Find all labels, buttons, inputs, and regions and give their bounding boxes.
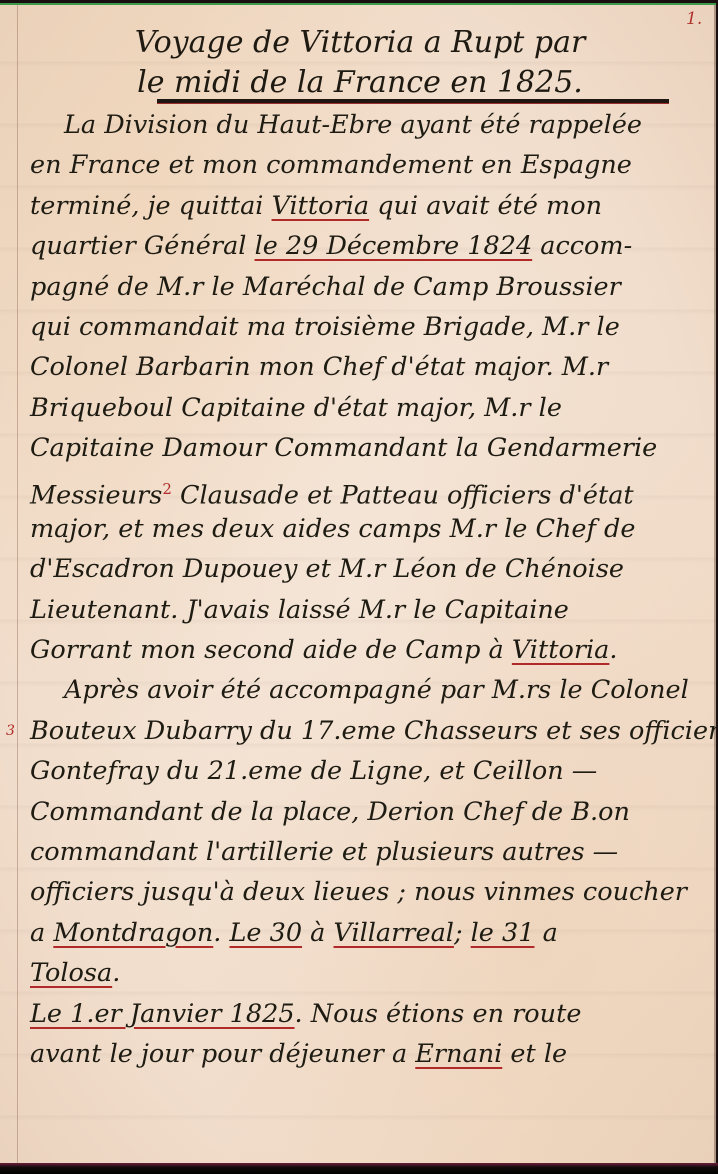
underlined-phrase: Villarreal [333, 918, 453, 948]
text-segment: ; [454, 918, 471, 948]
text-segment: et le [502, 1039, 567, 1069]
page-title: Voyage de Vittoria a Rupt par le midi de… [60, 23, 660, 103]
text-segment: Gorrant mon second aide de Camp à [30, 635, 512, 665]
manuscript-line: Gorrant mon second aide de Camp à Vittor… [30, 630, 712, 670]
text-segment: officiers jusqu'à deux lieues ; nous vin… [30, 877, 687, 907]
manuscript-line: Tolosa. [30, 953, 712, 993]
underlined-phrase: le 29 Décembre 1824 [255, 231, 533, 261]
text-segment: La Division du Haut-Ebre ayant été rappe… [64, 110, 642, 140]
underlined-phrase: Ernani [415, 1039, 502, 1069]
manuscript-line: Lieutenant. J'avais laissé M.r le Capita… [30, 590, 712, 630]
text-segment: Gontefray du 21.eme de Ligne, et Ceillon… [30, 756, 597, 786]
text-segment: Clausade et Patteau officiers d'état [172, 480, 634, 510]
text-segment: Lieutenant. J'avais laissé M.r le Capita… [30, 595, 569, 625]
text-segment: . [609, 635, 617, 665]
underlined-phrase: Tolosa [30, 958, 112, 988]
manuscript-body: La Division du Haut-Ebre ayant été rappe… [30, 105, 712, 1074]
text-segment: Messieurs [30, 480, 162, 510]
manuscript-line: Briqueboul Capitaine d'état major, M.r l… [30, 388, 712, 428]
manuscript-line: commandant l'artillerie et plusieurs aut… [30, 832, 712, 872]
text-segment: à [302, 918, 333, 948]
text-segment: accom- [532, 231, 632, 261]
title-underline [157, 99, 669, 104]
manuscript-line: Messieurs2 Clausade et Patteau officiers… [30, 469, 712, 509]
text-segment: en France et mon commandement en Espagne [30, 150, 632, 180]
text-segment: Après avoir été accompagné par M.rs le C… [64, 675, 689, 705]
page-bottom-edge [0, 1163, 718, 1174]
manuscript-line: Après avoir été accompagné par M.rs le C… [30, 670, 712, 710]
text-segment: . [213, 918, 229, 948]
underlined-phrase: le 31 [471, 918, 535, 948]
title-line-2: le midi de la France en 1825. [60, 63, 660, 103]
manuscript-line: officiers jusqu'à deux lieues ; nous vin… [30, 872, 712, 912]
text-segment: pagné de M.r le Maréchal de Camp Broussi… [30, 272, 621, 302]
text-segment: Colonel Barbarin mon Chef d'état major. … [30, 352, 608, 382]
manuscript-line: terminé, je quittai Vittoria qui avait é… [30, 186, 712, 226]
text-segment: a [534, 918, 557, 948]
text-segment: terminé, je quittai [30, 191, 272, 221]
text-segment: qui commandait ma troisième Brigade, M.r… [30, 312, 620, 342]
text-segment: Briqueboul Capitaine d'état major, M.r l… [30, 393, 562, 423]
underlined-phrase: Montdragon [53, 918, 213, 948]
underlined-phrase: Le 30 [229, 918, 302, 948]
manuscript-page: 1. Voyage de Vittoria a Rupt par le midi… [0, 3, 716, 1165]
text-segment: qui avait été mon [369, 191, 602, 221]
manuscript-line: avant le jour pour déjeuner a Ernani et … [30, 1034, 712, 1074]
manuscript-line: pagné de M.r le Maréchal de Camp Broussi… [30, 267, 712, 307]
manuscript-line: 3Bouteux Dubarry du 17.eme Chasseurs et … [30, 711, 712, 751]
page-right-edge [714, 5, 716, 1165]
manuscript-line: major, et mes deux aides camps M.r le Ch… [30, 509, 712, 549]
margin-note-marker: 3 [6, 711, 15, 751]
text-segment: . Nous étions en route [295, 999, 582, 1029]
manuscript-line: Gontefray du 21.eme de Ligne, et Ceillon… [30, 751, 712, 791]
manuscript-line: La Division du Haut-Ebre ayant été rappe… [30, 105, 712, 145]
text-segment: d'Escadron Dupouey et M.r Léon de Chénoi… [30, 554, 624, 584]
manuscript-line: Colonel Barbarin mon Chef d'état major. … [30, 347, 712, 387]
manuscript-line: qui commandait ma troisième Brigade, M.r… [30, 307, 712, 347]
folio-number: 1. [686, 9, 702, 29]
text-segment: quartier Général [30, 231, 255, 261]
manuscript-line: en France et mon commandement en Espagne [30, 145, 712, 185]
manuscript-line: a Montdragon. Le 30 à Villarreal; le 31 … [30, 913, 712, 953]
underlined-phrase: Vittoria [512, 635, 610, 665]
text-segment: Capitaine Damour Commandant la Gendarmer… [30, 433, 657, 463]
title-line-1: Voyage de Vittoria a Rupt par [60, 23, 660, 63]
manuscript-line: quartier Général le 29 Décembre 1824 acc… [30, 226, 712, 266]
underlined-phrase: Vittoria [272, 191, 370, 221]
underlined-phrase: Le 1.er Janvier 1825 [30, 999, 295, 1029]
footnote-marker: 2 [162, 480, 172, 498]
text-segment: Commandant de la place, Derion Chef de B… [30, 797, 630, 827]
text-segment: Bouteux Dubarry du 17.eme Chasseurs et s… [30, 716, 716, 746]
text-segment: avant le jour pour déjeuner a [30, 1039, 415, 1069]
text-segment: major, et mes deux aides camps M.r le Ch… [30, 514, 635, 544]
text-segment: . [112, 958, 120, 988]
manuscript-line: Le 1.er Janvier 1825. Nous étions en rou… [30, 994, 712, 1034]
text-segment: a [30, 918, 53, 948]
text-segment: commandant l'artillerie et plusieurs aut… [30, 837, 618, 867]
manuscript-line: Commandant de la place, Derion Chef de B… [30, 792, 712, 832]
manuscript-line: d'Escadron Dupouey et M.r Léon de Chénoi… [30, 549, 712, 589]
left-margin-rule [17, 5, 18, 1165]
manuscript-line: Capitaine Damour Commandant la Gendarmer… [30, 428, 712, 468]
